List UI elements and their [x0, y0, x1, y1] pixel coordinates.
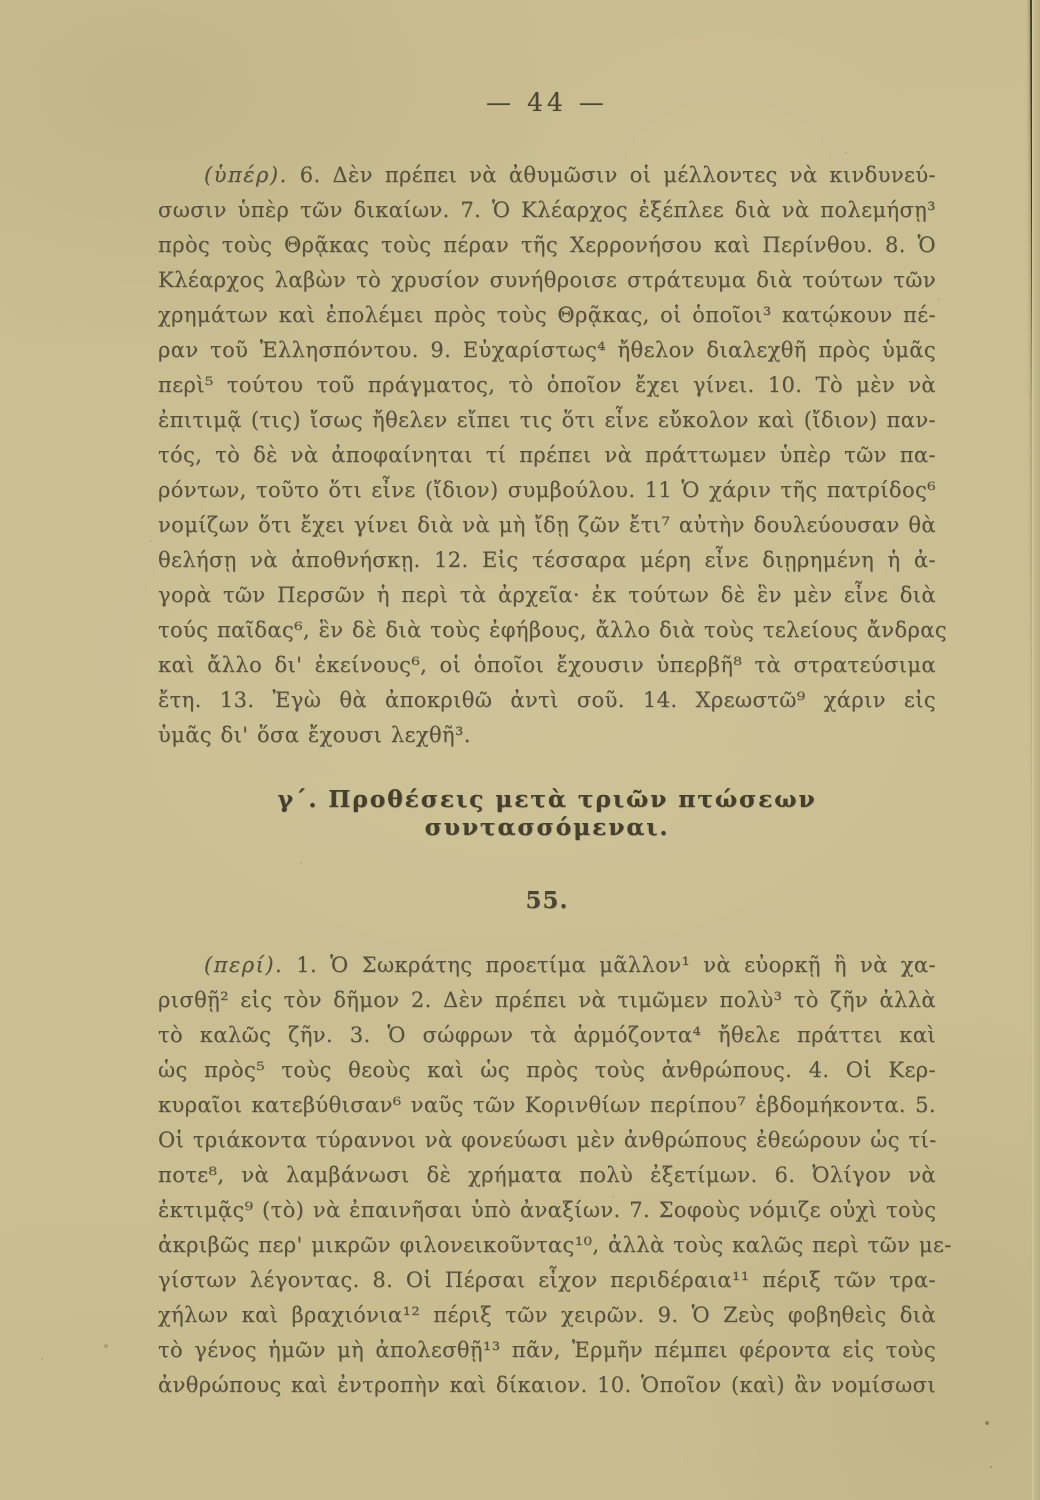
text-line: τούς παῖδας⁶, ἓν δὲ διὰ τοὺς ἐφήβους, ἄλ…: [158, 613, 936, 648]
text-line: τός, τὸ δὲ νὰ ἀποφαίνηται τί πρέπει νὰ π…: [158, 438, 936, 473]
text-line: (ὑπέρ). 6. Δὲν πρέπει νὰ ἀθυμῶσιν οἱ μέλ…: [158, 158, 936, 193]
text-line: γορὰ τῶν Περσῶν ἡ περὶ τὰ ἀρχεῖα· ἐκ τού…: [158, 578, 936, 613]
text-line: ἐκτιμᾷς⁹ (τὸ) νὰ ἐπαινῆσαι ὑπὸ ἀναξίων. …: [158, 1193, 936, 1228]
text-line: γίστων λέγοντας. 8. Οἱ Πέρσαι εἶχον περι…: [158, 1263, 936, 1298]
adjacent-page-edge: [1032, 0, 1040, 1500]
text-line: τὸ καλῶς ζῆν. 3. Ὁ σώφρων τὰ ἁρμόζοντα⁴ …: [158, 1018, 936, 1053]
text-line: κυραῖοι κατεβύθισαν⁶ ναῦς τῶν Κορινθίων …: [158, 1088, 936, 1123]
text-line: σωσιν ὑπὲρ τῶν δικαίων. 7. Ὁ Κλέαρχος ἐξ…: [158, 193, 936, 228]
paragraph-lead-word: (ὑπέρ).: [204, 163, 288, 187]
text-line: Κλέαρχος λαβὼν τὸ χρυσίον συνήθροισε στρ…: [158, 263, 936, 298]
text-line: ρόντων, τοῦτο ὅτι εἶνε (ἴδιον) συμβούλου…: [158, 473, 936, 508]
page-content: — 44 — (ὑπέρ). 6. Δὲν πρέπει νὰ ἀθυμῶσιν…: [158, 0, 936, 1403]
text-line: ποτε⁸, νὰ λαμβάνωσι δὲ χρήματα πολὺ ἐξετ…: [158, 1158, 936, 1193]
text-line: τὸ γένος ἡμῶν μὴ ἀπολεσθῇ¹³ πᾶν, Ἑρμῆν π…: [158, 1333, 936, 1368]
text-line: Οἱ τριάκοντα τύραννοι νὰ φονεύωσι μὲν ἀν…: [158, 1123, 936, 1158]
text-line: χήλων καὶ βραχιόνια¹² πέριξ τῶν χειρῶν. …: [158, 1298, 936, 1333]
exercise-number: 55.: [158, 887, 936, 914]
text-line: θελήσῃ νὰ ἀποθνήσκῃ. 12. Εἰς τέσσαρα μέρ…: [158, 543, 936, 578]
text-line: πρὸς τοὺς Θρᾷκας τοὺς πέραν τῆς Χερρονήσ…: [158, 228, 936, 263]
text-line: ραν τοῦ Ἑλλησπόντου. 9. Εὐχαρίστως⁴ ἤθελ…: [158, 333, 936, 368]
page-number: — 44 —: [158, 88, 936, 124]
paragraph-lead-word: (περί).: [204, 953, 283, 977]
text-line: ἐπιτιμᾷ (τις) ἴσως ἤθελεν εἴπει τις ὅτι …: [158, 403, 936, 438]
scanned-book-page: — 44 — (ὑπέρ). 6. Δὲν πρέπει νὰ ἀθυμῶσιν…: [0, 0, 1040, 1500]
text-line: ὡς πρὸς⁵ τοὺς θεοὺς καὶ ὡς πρὸς τοὺς ἀνθ…: [158, 1053, 936, 1088]
text-line: (περί). 1. Ὁ Σωκράτης προετίμα μᾶλλον¹ ν…: [158, 948, 936, 983]
text-line: ρισθῇ² εἰς τὸν δῆμον 2. Δὲν πρέπει νὰ τι…: [158, 983, 936, 1018]
text-line: ἀκριβῶς περ' μικρῶν φιλονεικοῦντας¹⁰, ἀλ…: [158, 1228, 936, 1263]
text-line: χρημάτων καὶ ἐπολέμει πρὸς τοὺς Θρᾷκας, …: [158, 298, 936, 333]
exercise-paragraph-hyper: (ὑπέρ). 6. Δὲν πρέπει νὰ ἀθυμῶσιν οἱ μέλ…: [158, 158, 936, 753]
text-line: ἀνθρώπους καὶ ἐντροπὴν καὶ δίκαιον. 10. …: [158, 1368, 936, 1403]
text-line: ὑμᾶς δι' ὅσα ἔχουσι λεχθῆ³.: [158, 718, 936, 753]
section-heading: γ΄. Προθέσεις μετὰ τριῶν πτώσεων συντασσ…: [158, 785, 936, 841]
text-line: περὶ⁵ τούτου τοῦ πράγματος, τὸ ὁποῖον ἔχ…: [158, 368, 936, 403]
paper-specks: [0, 0, 2, 2]
text-line: καὶ ἄλλο δι' ἐκείνους⁶, οἱ ὁποῖοι ἔχουσι…: [158, 648, 936, 683]
text-line: ἔτη. 13. Ἐγὼ θὰ ἀποκριθῶ ἀντὶ σοῦ. 14. Χ…: [158, 683, 936, 718]
exercise-paragraph-peri: (περί). 1. Ὁ Σωκράτης προετίμα μᾶλλον¹ ν…: [158, 948, 936, 1403]
text-line: νομίζων ὅτι ἔχει γίνει διὰ νὰ μὴ ἴδῃ ζῶν…: [158, 508, 936, 543]
